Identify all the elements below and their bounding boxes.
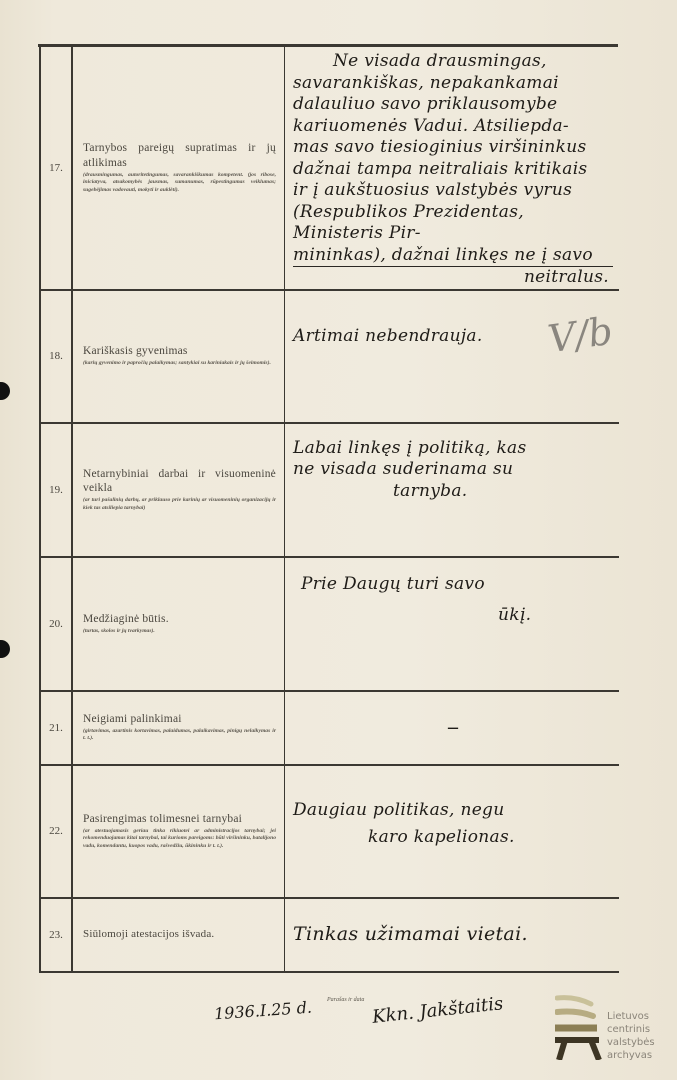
row-answer: Labai linkęs į politiką, kas ne visada s… xyxy=(285,423,620,557)
signature-date: 1936.I.25 d. xyxy=(213,998,312,1024)
signature-caption: Parašas ir data xyxy=(327,997,364,1003)
handwritten-answer: Ne visada drausmingas, savarankiškas, ne… xyxy=(293,47,613,289)
logo-line: valstybės xyxy=(607,1036,655,1049)
answer-line: ūkį. xyxy=(293,605,613,627)
row-title: Tarnybos pareigų supratimas ir jų atliki… xyxy=(83,141,276,171)
answer-line: dalauliuo savo priklausomybe xyxy=(293,94,613,116)
answer-line: Ne visada drausmingas, xyxy=(293,51,613,73)
row-subtitle: (ar atestuojamasis geriau tinka rikiuote… xyxy=(83,828,276,851)
punch-hole xyxy=(0,640,10,658)
row-answer: Prie Daugų turi savo ūkį. xyxy=(285,557,620,691)
row-number: 19. xyxy=(40,423,72,557)
table-row: 18. Kariškasis gyvenimas (karių gyvenimo… xyxy=(40,290,619,423)
row-label: Siūlomoji atestacijos išvada. xyxy=(72,898,285,972)
answer-line: tarnyba. xyxy=(293,481,613,503)
answer-line: (Respublikos Prezidentas, Ministeris Pir… xyxy=(293,202,613,245)
answer-line: savarankiškas, nepakankamai xyxy=(293,73,613,95)
row-title: Netarnybiniai darbai ir visuomeninė veik… xyxy=(83,467,276,497)
handwritten-answer: Daugiau politikas, negu karo kapelionas. xyxy=(293,800,613,849)
answer-line: Labai linkęs į politiką, kas xyxy=(293,438,613,460)
answer-line: ir į aukštuosius valstybės vyrus xyxy=(293,180,613,202)
archive-logo-icon xyxy=(555,990,603,1060)
handwritten-answer: Prie Daugų turi savo ūkį. xyxy=(293,574,613,627)
signature: Kkn. Jakštaitis xyxy=(371,993,504,1028)
archive-logo: Lietuvos centrinis valstybės archyvas xyxy=(555,990,675,1070)
row-title: Pasirengimas tolimesnei tarnybai xyxy=(83,812,276,827)
row-label: Medžiaginė būtis. (turtas, skolos ir jų … xyxy=(72,557,285,691)
document-page: 17. Tarnybos pareigų supratimas ir jų at… xyxy=(0,0,677,1080)
row-answer: Tinkas užimamai vietai. xyxy=(285,898,620,972)
row-subtitle: (drausmingumas, autoritetingumas, savara… xyxy=(83,172,276,195)
table-row: 21. Neigiami palinkimai (girtavimas, aza… xyxy=(40,691,619,765)
archive-logo-text: Lietuvos centrinis valstybės archyvas xyxy=(607,1010,655,1062)
pencil-mark: V/b xyxy=(546,308,616,361)
answer-line: Prie Daugų turi savo xyxy=(293,574,613,596)
answer-line: mininkas), dažnai linkęs ne į savo xyxy=(293,245,613,268)
row-title: Kariškasis gyvenimas xyxy=(83,344,276,359)
answer-line: ne visada suderinama su xyxy=(293,459,613,481)
answer-line: dažnai tampa neitraliais kritikais xyxy=(293,159,613,181)
row-number: 22. xyxy=(40,765,72,898)
punch-hole xyxy=(0,382,10,400)
attestation-table: 17. Tarnybos pareigų supratimas ir jų at… xyxy=(39,47,619,973)
row-answer: – xyxy=(285,691,620,765)
row-subtitle: (karių gyvenimo ir papročių palaikymas; … xyxy=(83,360,276,368)
logo-line: archyvas xyxy=(607,1049,655,1062)
table-row: 20. Medžiaginė būtis. (turtas, skolos ir… xyxy=(40,557,619,691)
row-label: Netarnybiniai darbai ir visuomeninė veik… xyxy=(72,423,285,557)
table-row: 23. Siūlomoji atestacijos išvada. Tinkas… xyxy=(40,898,619,972)
answer-line: karo kapelionas. xyxy=(293,827,613,849)
row-answer: Ne visada drausmingas, savarankiškas, ne… xyxy=(285,47,620,290)
logo-line: Lietuvos xyxy=(607,1010,655,1023)
row-title: Neigiami palinkimai xyxy=(83,712,276,727)
row-label: Kariškasis gyvenimas (karių gyvenimo ir … xyxy=(72,290,285,423)
row-title: Siūlomoji atestacijos išvada. xyxy=(83,927,276,941)
row-number: 23. xyxy=(40,898,72,972)
row-title: Medžiaginė būtis. xyxy=(83,612,276,627)
handwritten-answer: Tinkas užimamai vietai. xyxy=(293,924,613,946)
answer-line: Daugiau politikas, negu xyxy=(293,800,613,822)
table-row: 22. Pasirengimas tolimesnei tarnybai (ar… xyxy=(40,765,619,898)
row-number: 17. xyxy=(40,47,72,290)
answer-line: mas savo tiesioginius viršininkus xyxy=(293,137,613,159)
row-subtitle: (turtas, skolos ir jų tvarkymas). xyxy=(83,628,276,636)
logo-line: centrinis xyxy=(607,1023,655,1036)
table-row: 19. Netarnybiniai darbai ir visuomeninė … xyxy=(40,423,619,557)
row-label: Tarnybos pareigų supratimas ir jų atliki… xyxy=(72,47,285,290)
row-answer: Daugiau politikas, negu karo kapelionas. xyxy=(285,765,620,898)
signature-area: Parašas ir data 1936.I.25 d. Kkn. Jakšta… xyxy=(0,980,677,1080)
handwritten-dash: – xyxy=(293,716,613,739)
handwritten-answer: Labai linkęs į politiką, kas ne visada s… xyxy=(293,438,613,503)
row-answer: Artimai nebendrauja. V/b xyxy=(285,290,620,423)
row-subtitle: (ar turi pašalinių darbų, ar priklauso p… xyxy=(83,497,276,512)
table-row: 17. Tarnybos pareigų supratimas ir jų at… xyxy=(40,47,619,290)
row-subtitle: (girtavimas, azartinis kortavimas, palai… xyxy=(83,728,276,743)
row-number: 21. xyxy=(40,691,72,765)
answer-line: neitralus. xyxy=(293,267,613,289)
row-label: Neigiami palinkimai (girtavimas, azartin… xyxy=(72,691,285,765)
answer-line: kariuomenės Vadui. Atsiliepda- xyxy=(293,116,613,138)
row-number: 20. xyxy=(40,557,72,691)
row-label: Pasirengimas tolimesnei tarnybai (ar ate… xyxy=(72,765,285,898)
row-number: 18. xyxy=(40,290,72,423)
